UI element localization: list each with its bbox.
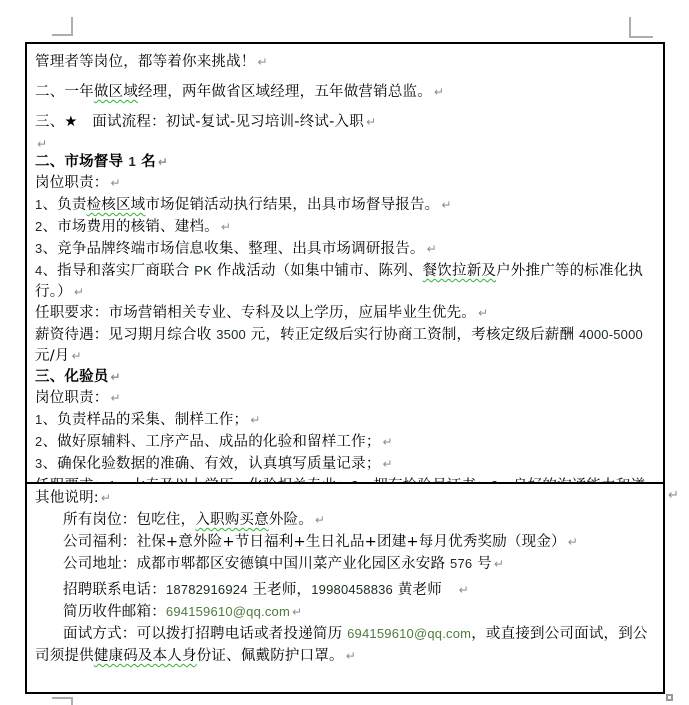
pilcrow-mark: ↵ [439, 198, 451, 212]
note-benefits: 公司福利：社保+意外险+节日福利+生日礼品+团建+每月优秀奖励（现金）↵ [35, 531, 659, 553]
pilcrow-mark: ↵ [219, 220, 231, 234]
pilcrow-mark: ↵ [364, 115, 376, 129]
text-segment: 三、化验员 [35, 369, 109, 385]
requirements-supervisor: 任职要求：市场营销相关专业、专科及以上学历，应届毕业生优先。↵ [35, 303, 659, 324]
pilcrow-mark: ↵ [99, 491, 111, 505]
pilcrow-mark: ↵ [109, 176, 121, 190]
text-segment: 三、★ 面试流程：初试-复试-见习培训-终试-入职 [35, 114, 364, 130]
duty-item-2: 2、市场费用的核销、建档。↵ [35, 216, 659, 238]
text-segment: 、确保化验数据的准确、有效，认真填写质量记录； [42, 456, 380, 472]
phone-number: 18782916924 [166, 582, 248, 597]
heading-lab-technician: 三、化验员↵ [35, 367, 659, 388]
table-cell-other-info: 其他说明:↵所有岗位：包吃住，入职购买意外险。↵公司福利：社保+意外险+节日福利… [27, 484, 663, 688]
pilcrow-mark: ↵ [476, 306, 488, 320]
spellcheck-span: 检核区域 [87, 197, 146, 213]
text-segment: 其他说明: [35, 490, 99, 506]
text-segment: 作战活动（如集中铺市、陈列、 [212, 263, 423, 279]
duty-item-3: 3、竞争品牌终端市场信息收集、整理、出具市场调研报告。↵ [35, 238, 659, 260]
text-segment: 薪资待遇：见习期月综合收 [35, 327, 216, 343]
duty-item-1: 1、负责检核区域市场促销活动执行结果，出具市场督导报告。↵ [35, 194, 659, 216]
text-segment: 岗位职责： [35, 390, 109, 406]
note-address: 公司地址：成都市郫都区安德镇中国川菜产业化园区永安路 576 号↵ [35, 553, 659, 575]
note-all-positions: 所有岗位：包吃住，入职购买意外险。↵ [35, 509, 659, 531]
pilcrow-mark: ↵ [381, 457, 393, 471]
document-page: { "meta": { "app": "word-like-document-e… [0, 0, 689, 705]
pilcrow-mark: ↵ [313, 513, 325, 527]
crop-mark-bottom-left-horizontal [52, 697, 73, 699]
text-segment: 面试方式：可以拨打招聘电话或者投递简历 [63, 626, 347, 642]
text-segment: 公司福利：社保+意外险+节日福利+生日礼品+团建+每月优秀奖励（现金） [63, 534, 566, 550]
row-end-marker: ↵ [668, 488, 679, 503]
email-address: 694159610@qq.com [347, 626, 471, 641]
text-segment: 、做好原辅料、工序产品、成品的化验和留样工作； [42, 434, 380, 450]
note-interview-method: 面试方式：可以拨打招聘电话或者投递简历 694159610@qq.com，或直接… [35, 623, 659, 667]
text-segment: 任职要求：市场营销相关专业、专科及以上学历，应届毕业生优先。 [35, 305, 476, 321]
text-segment: 公司地址：成都市郫都区安德镇中国川菜产业化园区永安路 [63, 556, 450, 572]
pilcrow-mark: ↵ [109, 391, 121, 405]
salary-supervisor: 薪资待遇：见习期月综合收 3500 元，转正定级后实行协商工资制，考核定级后薪酬… [35, 324, 659, 367]
note-phone: 招聘联系电话：18782916924 王老师，19980458836 黄老师 ↵ [35, 579, 659, 601]
crop-mark-top-left-horizontal [52, 34, 73, 36]
duty-item-3: 3、确保化验数据的准确、有效，认真填写质量记录；↵ [35, 453, 659, 475]
text-segment: 黄老师 [393, 582, 457, 598]
pilcrow-mark: ↵ [425, 242, 437, 256]
text-segment: 二、一年 [35, 84, 94, 100]
pilcrow-mark: ↵ [35, 137, 47, 151]
text-segment: 市场促销活动执行结果，出具市场督导报告。 [145, 197, 439, 213]
crop-mark-bottom-left-vertical [71, 697, 73, 705]
pilcrow-mark: ↵ [492, 557, 504, 571]
pilcrow-mark: ↵ [344, 649, 356, 663]
paragraph-interview-process: 三、★ 面试流程：初试-复试-见习培训-终试-入职↵ [35, 107, 659, 137]
text-segment: 元/月 [35, 348, 70, 364]
pilcrow-mark: ↵ [432, 85, 444, 99]
pilcrow-mark: ↵ [248, 413, 260, 427]
table-cell-positions: 管理者等岗位，都等着你来挑战！↵二、一年做区域经理，两年做省区域经理，五年做营销… [27, 44, 663, 484]
phone-number: 19980458836 [311, 582, 393, 597]
pilcrow-mark: ↵ [256, 55, 268, 69]
paragraph-blank: ↵ [35, 137, 659, 151]
paragraph-intro-wrap: 管理者等岗位，都等着你来挑战！↵ [35, 47, 659, 77]
heading-other-notes: 其他说明:↵ [35, 487, 659, 509]
label-job-duties: 岗位职责：↵ [35, 388, 659, 409]
text-segment: 、负责样品的采集、制样工作； [42, 412, 248, 428]
crop-mark-top-right-horizontal [629, 36, 653, 38]
text-segment: 、指导和落实厂商联合 [42, 263, 194, 279]
table-resize-handle[interactable] [666, 694, 673, 701]
address-number: 576 [450, 556, 472, 571]
content-table: 管理者等岗位，都等着你来挑战！↵二、一年做区域经理，两年做省区域经理，五年做营销… [25, 42, 665, 694]
pilcrow-mark: ↵ [109, 370, 121, 384]
text-segment: 简历收件邮箱： [63, 604, 166, 620]
text-segment: 二、市场督导 [35, 154, 128, 170]
pilcrow-mark: ↵ [72, 285, 84, 299]
label-job-duties: 岗位职责：↵ [35, 173, 659, 194]
pilcrow-mark: ↵ [566, 535, 578, 549]
text-segment: 经理，两年做省区域经理，五年做营销总监。 [138, 84, 432, 100]
spellcheck-span: 入职购买意 [195, 512, 269, 528]
text-segment: 份证、佩戴防护口罩。 [197, 648, 344, 664]
salary-number: 3500 [216, 327, 246, 342]
headcount-number: 1 [128, 154, 135, 169]
note-resume-email: 简历收件邮箱：694159610@qq.com↵ [35, 601, 659, 623]
email-address: 694159610@qq.com [166, 604, 290, 619]
pilcrow-mark: ↵ [156, 155, 168, 169]
heading-market-supervisor: 二、市场督导 1 名↵ [35, 151, 659, 173]
paragraph-career-path: 二、一年做区域经理，两年做省区域经理，五年做营销总监。↵ [35, 77, 659, 107]
salary-number: 4000-5000 [579, 327, 643, 342]
crop-mark-top-right-vertical [629, 17, 631, 38]
text-segment: 、市场费用的核销、建档。 [42, 219, 218, 235]
text-segment: 、竞争品牌终端市场信息收集、整理、出具市场调研报告。 [42, 241, 424, 257]
duty-item-2: 2、做好原辅料、工序产品、成品的化验和留样工作；↵ [35, 431, 659, 453]
text-segment: 所有岗位：包吃住， [63, 512, 195, 528]
requirements-lab: 任职要求：1、大专及以上学历，化验相关专业；2、拥有检验员证书；2、良好的沟通能… [35, 475, 659, 484]
pilcrow-mark: ↵ [457, 583, 469, 597]
text-segment: 岗位职责： [35, 175, 109, 191]
text-segment: 、负责 [42, 197, 86, 213]
latin-text: PK [194, 263, 212, 278]
text-segment: 招聘联系电话： [63, 582, 166, 598]
text-segment: 外险。 [269, 512, 313, 528]
text-segment: 元，转正定级后实行协商工资制，考核定级后薪酬 [246, 327, 579, 343]
text-segment: 号 [472, 556, 492, 572]
pilcrow-mark: ↵ [290, 605, 302, 619]
spellcheck-span: 做区域 [94, 84, 138, 100]
spellcheck-span: 餐饮拉新及 [423, 263, 497, 279]
text-segment: 王老师， [248, 582, 312, 598]
text-segment: 名 [136, 154, 156, 170]
duty-item-1: 1、负责样品的采集、制样工作；↵ [35, 409, 659, 431]
text-segment: 管理者等岗位，都等着你来挑战！ [35, 54, 256, 70]
spellcheck-span: 健康码及本人身 [94, 648, 197, 664]
pilcrow-mark: ↵ [70, 349, 82, 363]
duty-item-4: 4、指导和落实厂商联合 PK 作战活动（如集中铺市、陈列、餐饮拉新及户外推广等的… [35, 260, 659, 303]
pilcrow-mark: ↵ [381, 435, 393, 449]
